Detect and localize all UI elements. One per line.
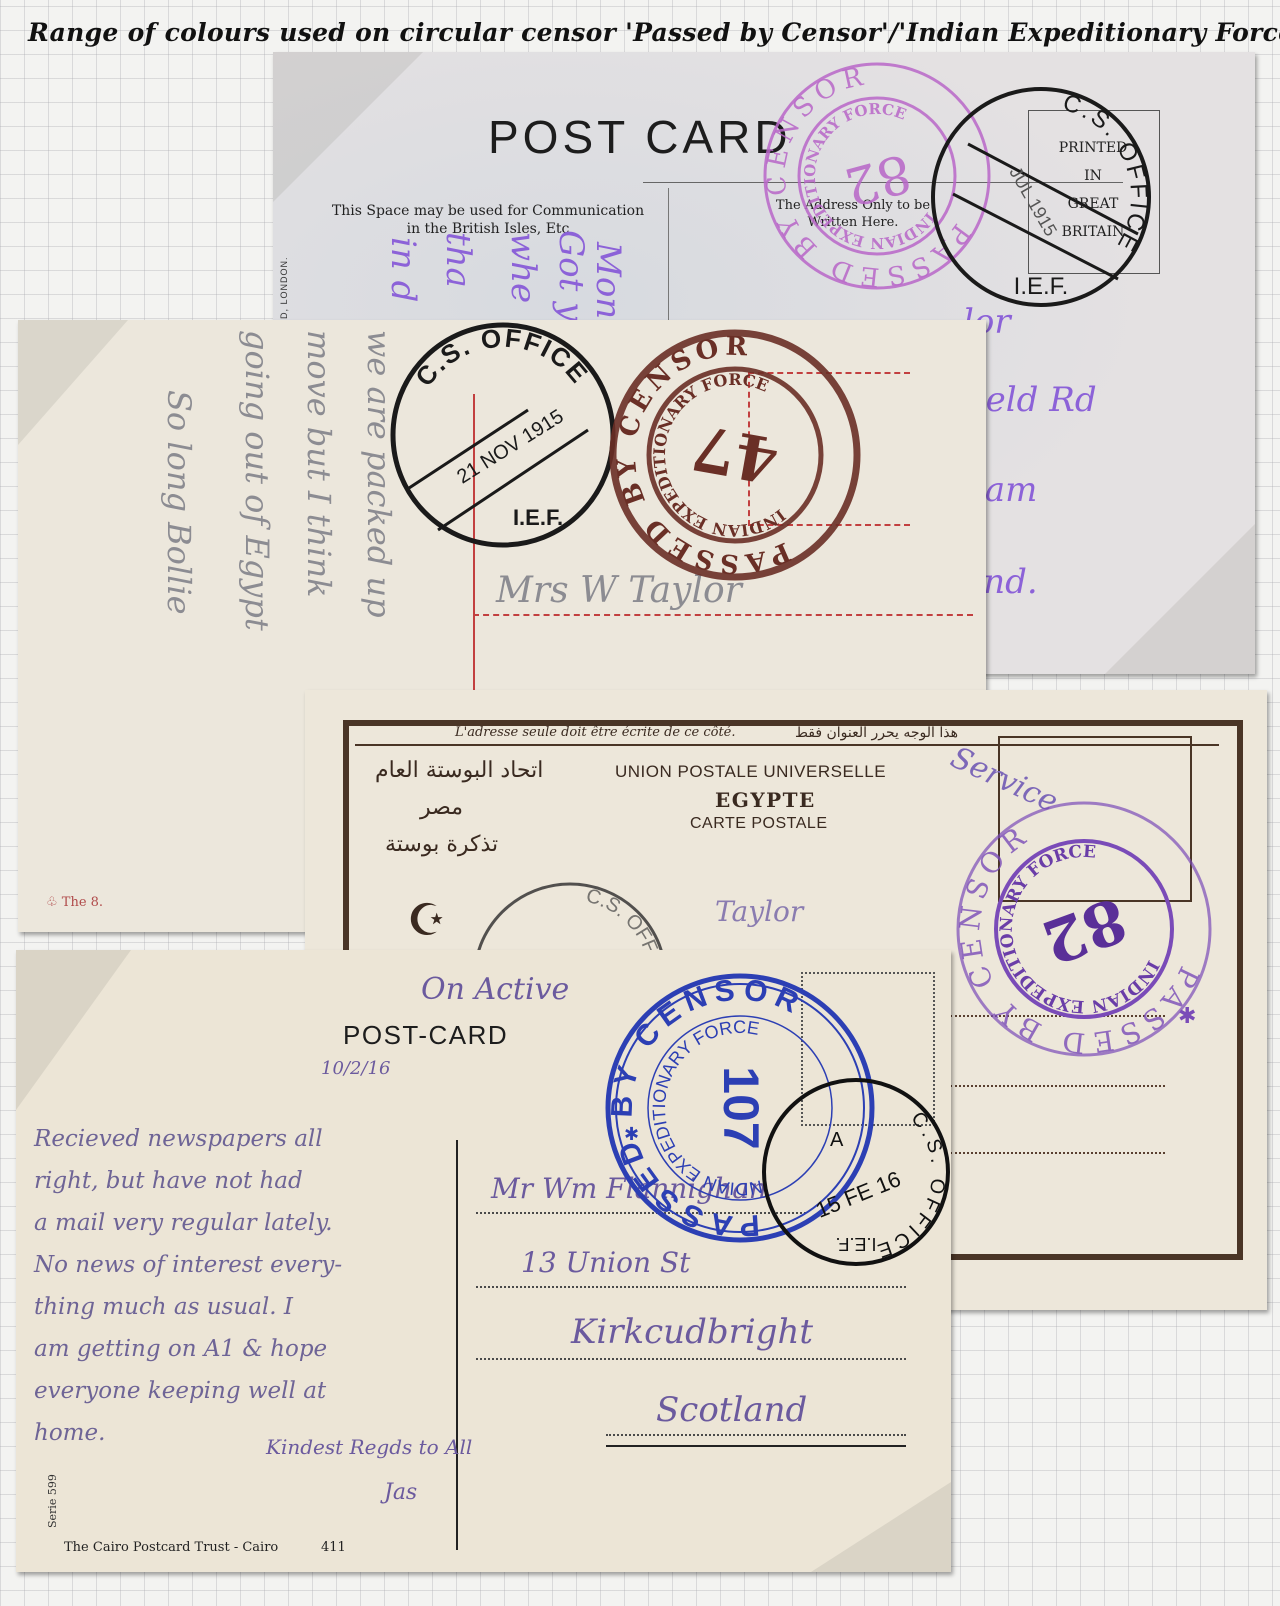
arabic-header: اتحاد البوستة العام — [375, 758, 543, 783]
address-line — [606, 1434, 906, 1436]
censor-stamp-graphic: PASSED BY CENSOR INDIAN EXPEDITIONARY FO… — [953, 798, 1215, 1060]
date-written: 10/2/16 — [321, 1058, 390, 1079]
french-note: L'adresse seule doit être écrite de ce c… — [455, 725, 736, 740]
svg-text:82: 82 — [838, 141, 917, 216]
card-type: CARTE POSTALE — [690, 815, 828, 833]
arabic-header: مصر — [420, 795, 463, 820]
cs-office-postmark: C.S. OFFICE I.E.F. JUL 1915 — [928, 84, 1154, 310]
pencil-line: going out of Egypt — [238, 330, 276, 631]
crescent-stars-icon: ☪ — [407, 895, 446, 946]
postmark-graphic: C.S. OFFICE 21 NOV 1915 I.E.F. — [388, 320, 618, 550]
on-active-service: On Active — [421, 972, 569, 1007]
mount-corner — [273, 52, 423, 202]
svg-text:I.E.F.: I.E.F. — [1014, 273, 1069, 300]
cs-office-postmark: C.S. OFFICE A 15 FE 16 I.E.F. — [758, 1074, 951, 1270]
red-address-line — [473, 614, 973, 616]
card-number: 411 — [321, 1540, 346, 1555]
svg-text:I.E.F.: I.E.F. — [513, 505, 563, 530]
address-line — [950, 1152, 1165, 1154]
series-number: Serie 599 — [46, 1474, 59, 1528]
handwriting-message: in d — [383, 237, 423, 302]
mount-corner — [1105, 524, 1255, 674]
address-line — [476, 1286, 906, 1288]
handwriting: Taylor — [715, 895, 803, 928]
star-icon: ✱ — [1178, 1004, 1196, 1029]
postmark-graphic: C.S. OFFICE I.E.F. JUL 1915 — [928, 84, 1154, 310]
signoff: Kindest Regds to All — [266, 1435, 472, 1459]
cs-office-postmark: C.S. OFFICE 21 NOV 1915 I.E.F. — [388, 320, 618, 550]
pencil-line: So long Bollie — [160, 390, 198, 615]
star-icon: ✱ — [624, 1124, 639, 1145]
page-heading: Range of colours used on circular censor… — [28, 18, 1280, 47]
communication-note: This Space may be used for Communication… — [313, 202, 663, 238]
country-name: EGYPTE — [715, 788, 816, 812]
address-line-3: Kirkcudbright — [571, 1312, 813, 1352]
arabic-header: تذكرة بوستة — [385, 832, 498, 857]
postmark-graphic: C.S. OFFICE A 15 FE 16 I.E.F. — [758, 1074, 951, 1270]
printed-title: POST-CARD — [343, 1020, 508, 1051]
svg-text:JUL 1915: JUL 1915 — [1005, 163, 1061, 239]
address-line-2: 13 Union St — [521, 1246, 690, 1279]
censor-stamp-47-brown: PASSED BY CENSOR INDIAN EXPEDITIONARY FO… — [608, 328, 863, 583]
publisher: The Cairo Postcard Trust - Cairo — [64, 1540, 278, 1555]
pencil-line: move but I think — [300, 330, 338, 597]
censor-stamp-82-violet: PASSED BY CENSOR INDIAN EXPEDITIONARY FO… — [953, 798, 1215, 1060]
publisher-logo-icon: ♧ — [46, 895, 62, 910]
mount-corner — [16, 950, 131, 1110]
signature: Jas — [384, 1480, 417, 1505]
svg-text:A: A — [830, 1129, 844, 1151]
handwriting-message: Got y — [551, 230, 591, 321]
union-postale: UNION POSTALE UNIVERSELLE — [615, 762, 886, 782]
address-line — [950, 1085, 1165, 1087]
divider — [456, 1140, 458, 1550]
printed-title: POST CARD — [488, 110, 792, 164]
handwritten-message: Recieved newspapers allright, but have n… — [34, 1118, 454, 1454]
svg-text:47: 47 — [686, 410, 784, 497]
address-underline — [606, 1445, 906, 1447]
svg-text:15 FE 16: 15 FE 16 — [812, 1166, 904, 1223]
postcard-cairo: POST-CARD On Active 10/2/16 Recieved new… — [16, 950, 951, 1572]
arabic-note: هذا الوجه يحرر العنوان فقط — [795, 725, 958, 741]
address-line — [476, 1358, 906, 1360]
censor-stamp-graphic: PASSED BY CENSOR INDIAN EXPEDITIONARY FO… — [608, 328, 863, 583]
mount-corner — [811, 1482, 951, 1572]
svg-text:82: 82 — [1033, 883, 1135, 977]
handwriting-message: Mon — [588, 242, 628, 319]
svg-text:I.E.F.: I.E.F. — [835, 1234, 876, 1254]
publisher-imprint: ♧ The 8. — [46, 895, 103, 910]
handwriting-message: tha — [438, 232, 478, 288]
address-line-4: Scotland — [656, 1390, 807, 1430]
mount-corner — [18, 320, 128, 445]
handwriting-message: whe — [503, 232, 543, 303]
